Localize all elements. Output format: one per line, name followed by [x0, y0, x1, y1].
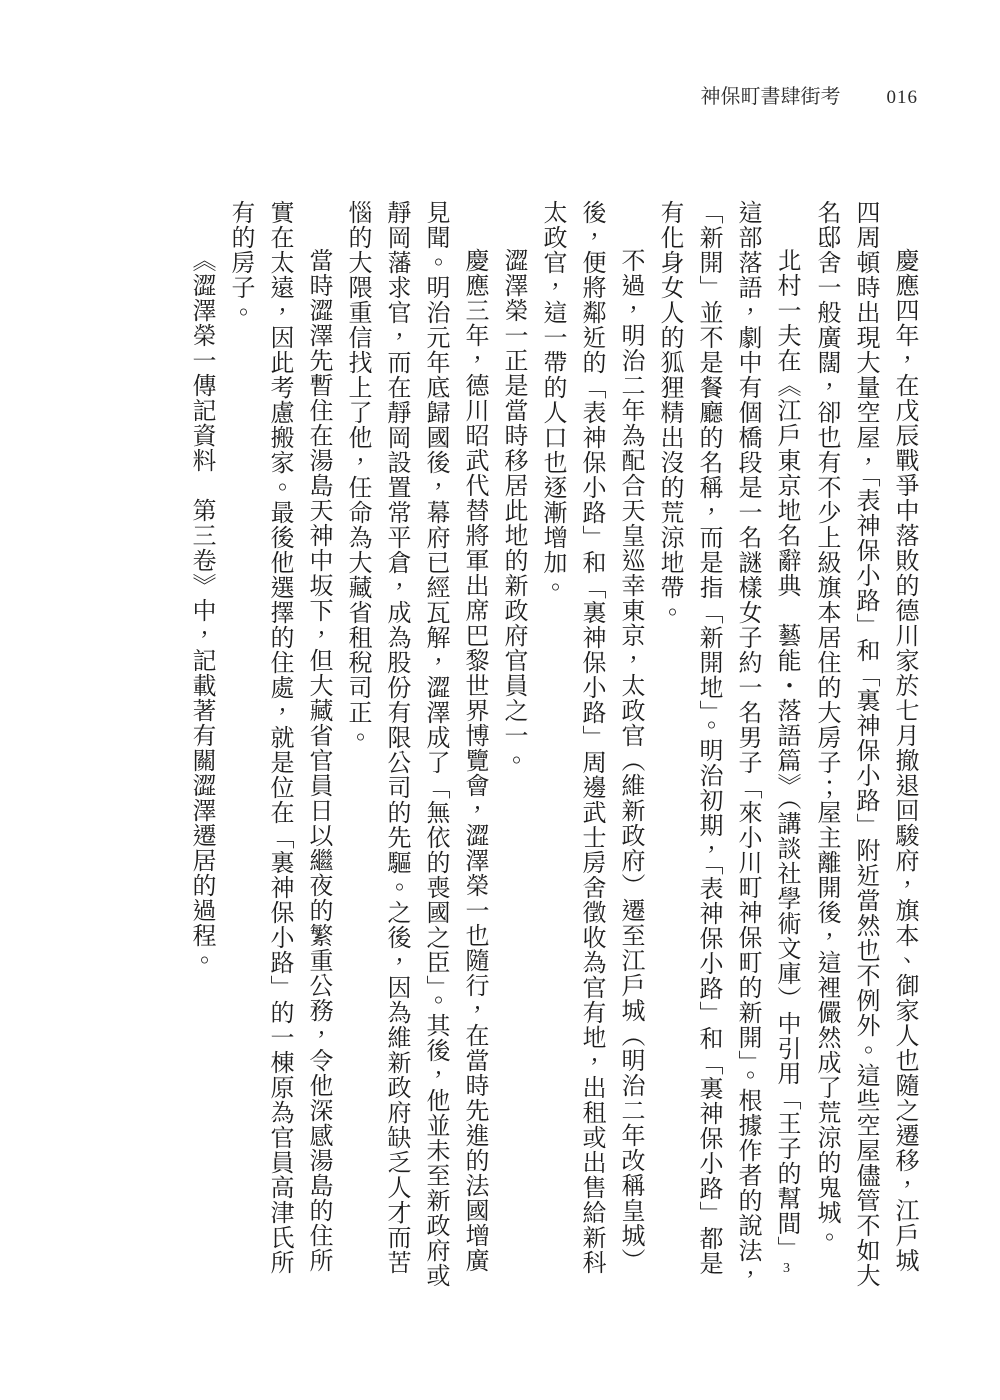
body-text: 慶應四年，在戊辰戰爭中落敗的德川家於七月撤退回駿府，旗本、御家人也隨之遷移，江戶…	[178, 200, 923, 1290]
book-page: 神保町書肆街考 016 慶應四年，在戊辰戰爭中落敗的德川家於七月撤退回駿府，旗本…	[0, 0, 1000, 1400]
paragraph-2-text-before-note: 北村一夫在《江戶東京地名辭典 藝能・落語篇》（講談社學術文庫）中引用「王子的幫間…	[773, 248, 799, 1261]
paragraph-3: 不過，明治二年為配合天皇巡幸東京，太政官（維新政府）遷至江戶城（明治二年改稱皇城…	[532, 200, 649, 1290]
footnote-marker-3: 3	[779, 1261, 794, 1276]
paragraph-7: 《澀澤榮一傳記資料 第三卷》中，記載著有關澀澤遷居的過程。	[181, 200, 220, 1290]
paragraph-4: 澀澤榮一正是當時移居此地的新政府官員之一。	[493, 200, 532, 1290]
running-head: 神保町書肆街考 016	[701, 80, 919, 109]
paragraph-1: 慶應四年，在戊辰戰爭中落敗的德川家於七月撤退回駿府，旗本、御家人也隨之遷移，江戶…	[806, 200, 923, 1290]
paragraph-2-text-after-note: 這部落語，劇中有個橋段是一名謎樣女子約一名男子「來小川町神保町的新開」。根據作者…	[656, 200, 760, 1288]
book-title: 神保町書肆街考	[701, 80, 841, 109]
paragraph-2: 北村一夫在《江戶東京地名辭典 藝能・落語篇》（講談社學術文庫）中引用「王子的幫間…	[649, 200, 806, 1290]
paragraph-6: 當時澀澤先暫住在湯島天神中坂下，但大藏省官員日以繼夜的繁重公務，令他深感湯島的住…	[220, 200, 337, 1290]
paragraph-5: 慶應三年，德川昭武代替將軍出席巴黎世界博覽會，澀澤榮一也隨行，在當時先進的法國增…	[337, 200, 493, 1290]
page-number: 016	[887, 87, 919, 109]
